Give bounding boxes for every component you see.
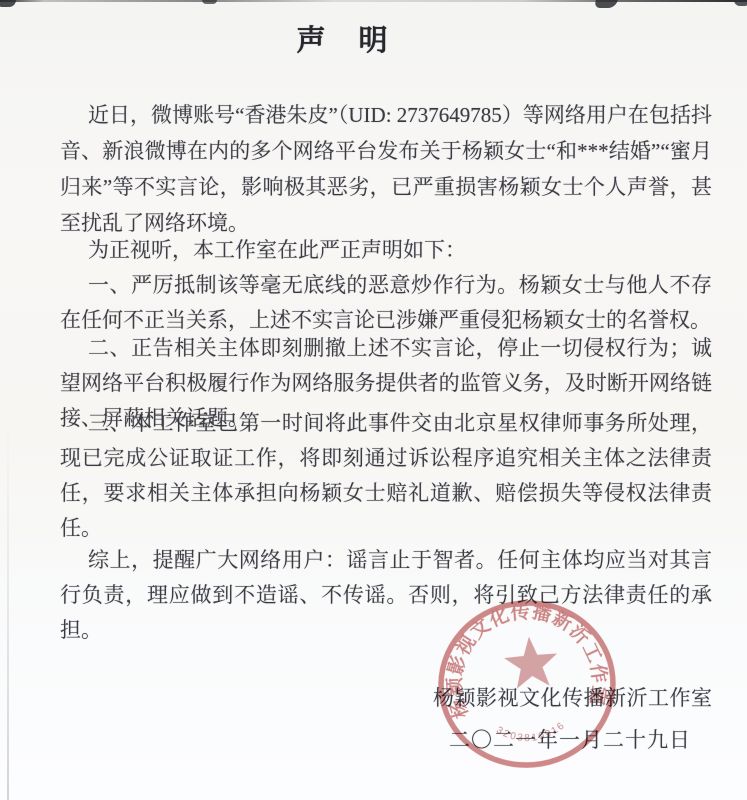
- photo-left-edge-artifact: [7, 420, 9, 800]
- statement-paragraph-lead-in: 为正视听，本工作室在此严正声明如下：: [60, 233, 712, 268]
- statement-paragraph-point-1: 一、严厉抵制该等毫无底线的恶意炒作行为。杨颖女士与他人不存在任何不正当关系，上述…: [60, 268, 712, 338]
- signature-line: 杨颖影视文化传播新沂工作室: [433, 682, 713, 712]
- statement-paragraph-closing: 综上，提醒广大网络用户：谣言止于智者。任何主体均应当对其言行负责，理应做到不造谣…: [60, 543, 712, 648]
- photo-edge-artifact: [594, 0, 618, 8]
- statement-paragraph-point-3: 三、本工作室已第一时间将此事件交由北京星权律师事务所处理，现已完成公证取证工作，…: [60, 406, 712, 546]
- photo-top-edge-artifact: [0, 0, 747, 2]
- statement-title: 声 明: [0, 18, 686, 59]
- photo-edge-artifact: [202, 0, 217, 4]
- statement-paragraph-intro: 近日，微博账号“香港朱皮”（UID: 2737649785）等网络用户在包括抖音…: [60, 97, 712, 241]
- photo-corner-artifact-top-left: [0, 0, 16, 7]
- statement-document: 声 明 近日，微博账号“香港朱皮”（UID: 2737649785）等网络用户在…: [0, 0, 747, 800]
- date-line: 二〇二一年一月二十九日: [449, 724, 691, 754]
- photo-corner-artifact-top-right: [734, 0, 747, 6]
